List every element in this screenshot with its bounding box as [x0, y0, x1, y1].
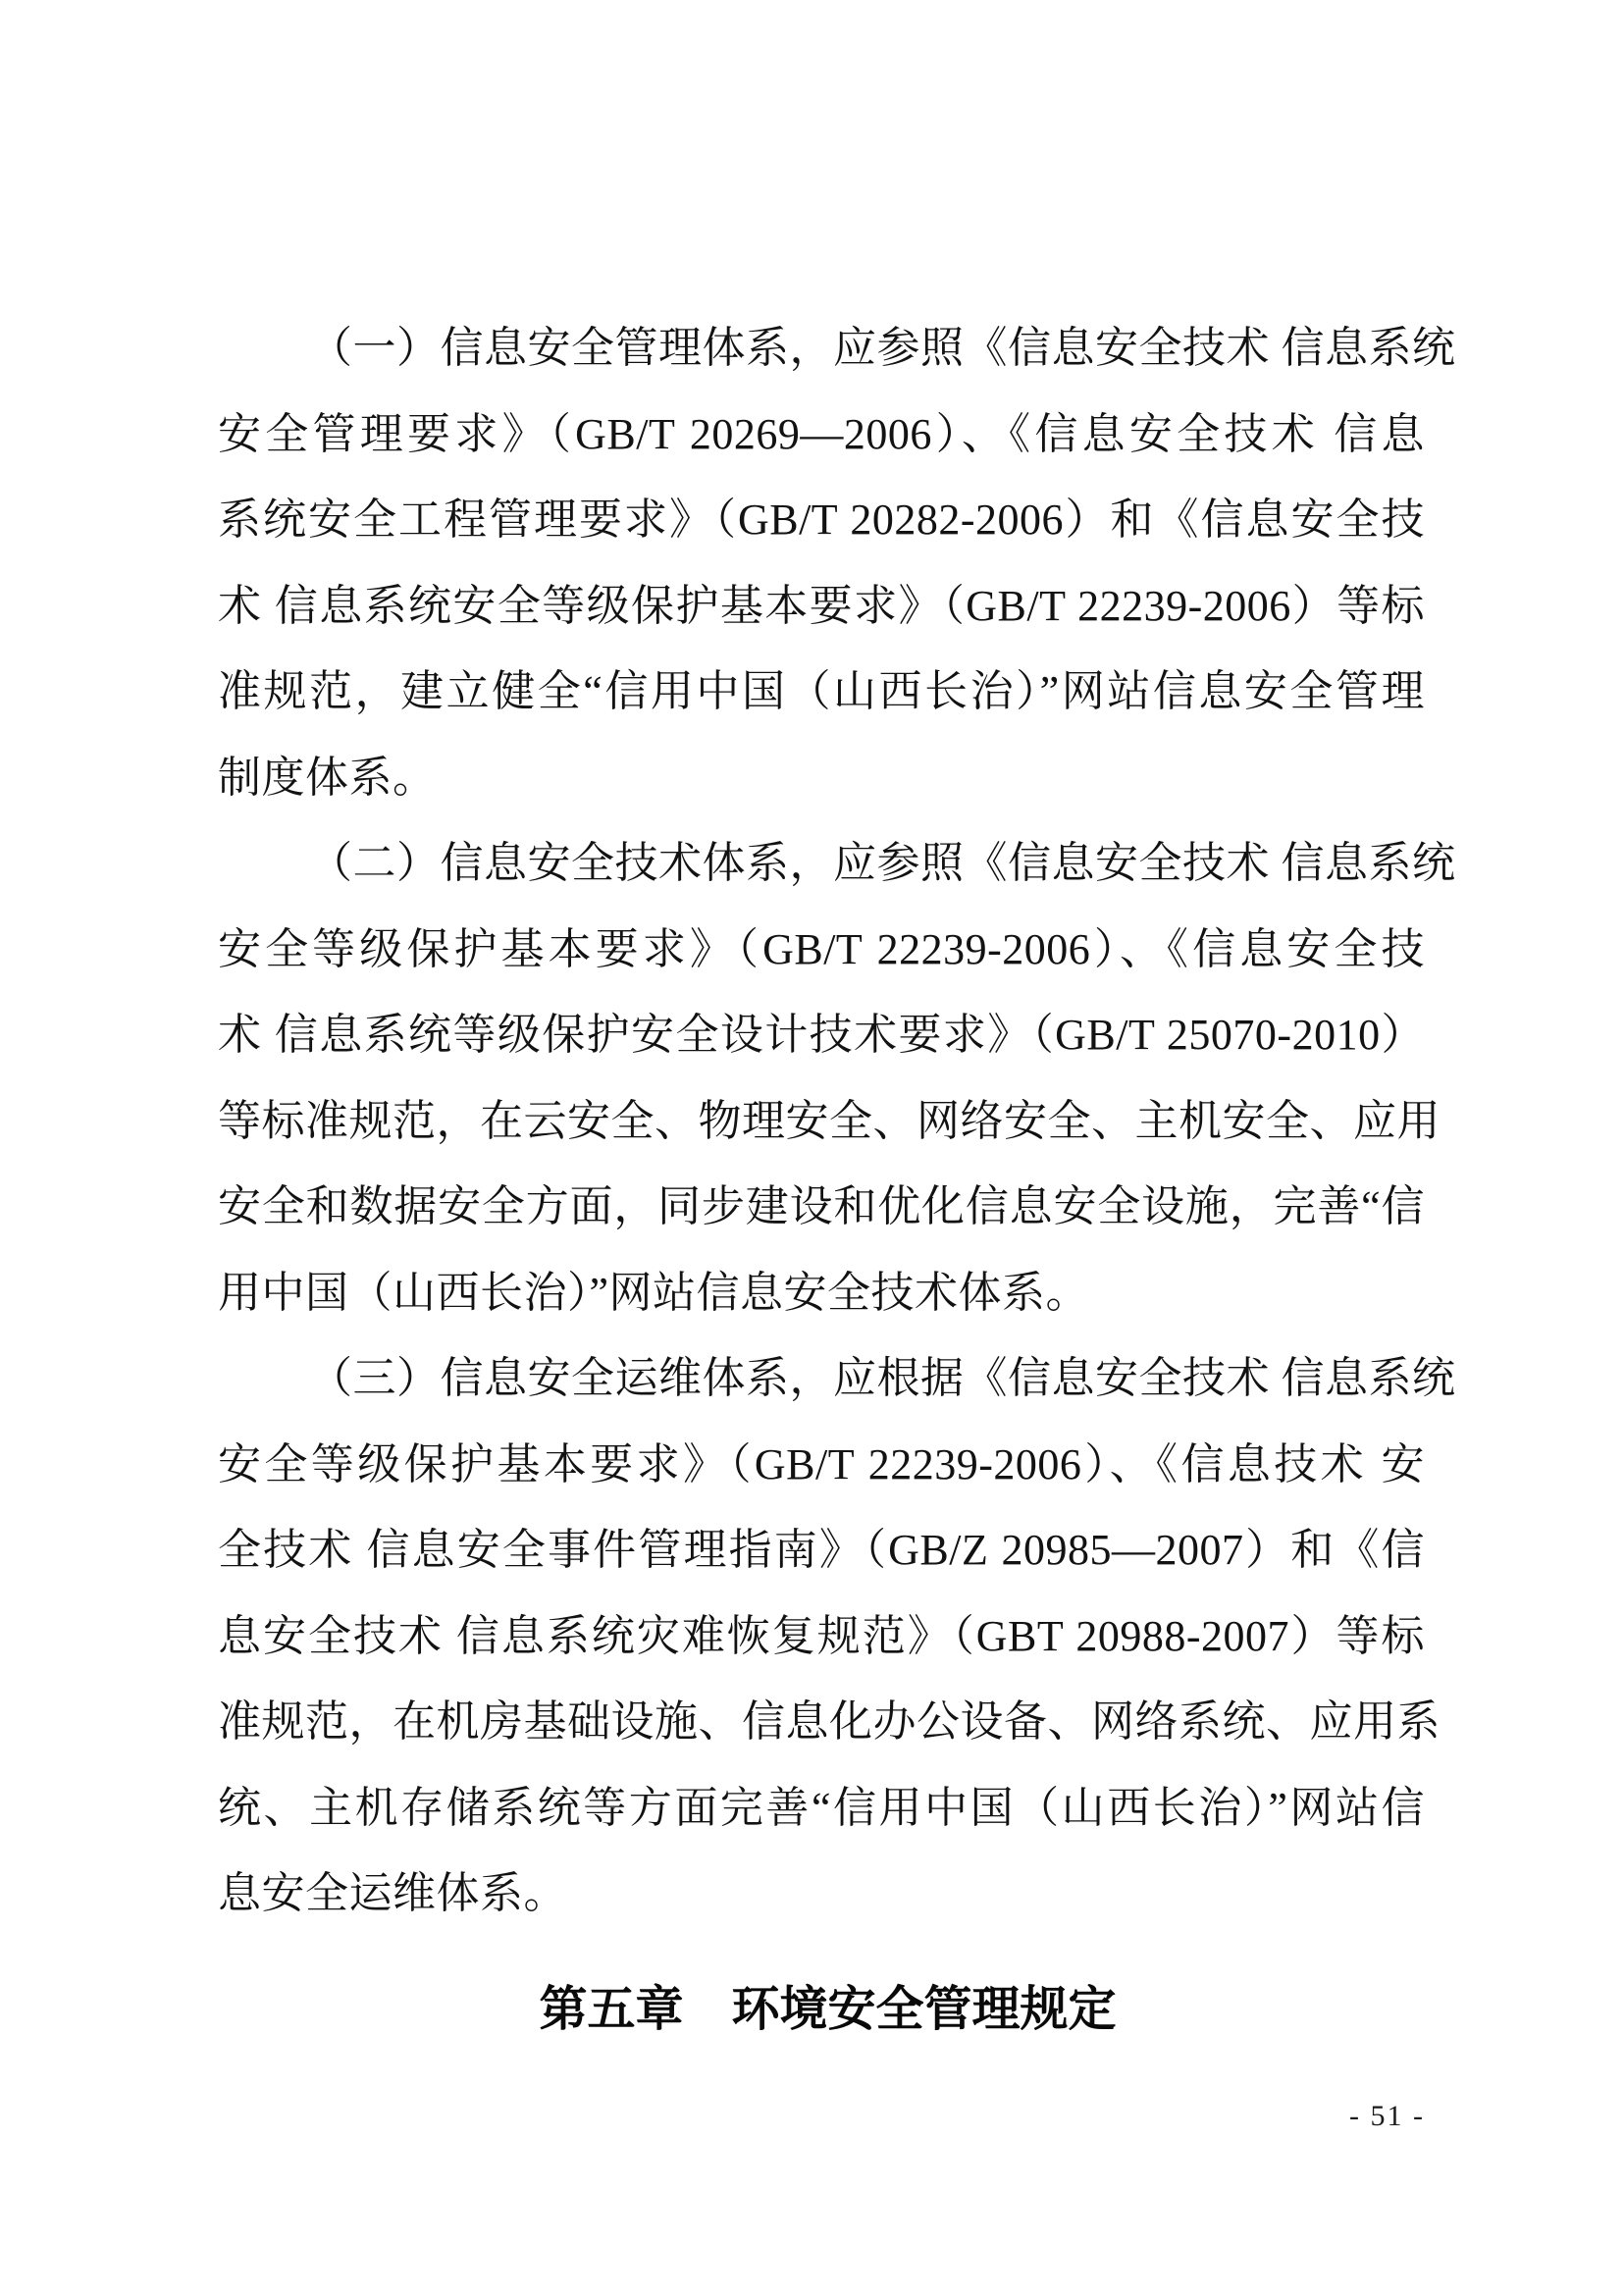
- text-line: 术 信息系统安全等级保护基本要求》（GB/T 22239-2006）等标: [218, 563, 1425, 650]
- text-line: （一）信息安全管理体系，应参照《信息安全技术 信息系统: [218, 305, 1425, 391]
- text-line: （三）信息安全运维体系，应根据《信息安全技术 信息系统: [218, 1335, 1425, 1422]
- paragraph: （一）信息安全管理体系，应参照《信息安全技术 信息系统安全管理要求》（GB/T …: [218, 305, 1425, 820]
- document-body: （一）信息安全管理体系，应参照《信息安全技术 信息系统安全管理要求》（GB/T …: [218, 305, 1425, 1937]
- paragraph: （三）信息安全运维体系，应根据《信息安全技术 信息系统安全等级保护基本要求》（G…: [218, 1335, 1425, 1937]
- text-line: 术 信息系统等级保护安全设计技术要求》（GB/T 25070-2010）: [218, 992, 1425, 1078]
- paragraph: （二）信息安全技术体系，应参照《信息安全技术 信息系统安全等级保护基本要求》（G…: [218, 820, 1425, 1335]
- text-line: 全技术 信息安全事件管理指南》（GB/Z 20985—2007）和《信: [218, 1507, 1425, 1593]
- text-line: 安全管理要求》（GB/T 20269—2006）、《信息安全技术 信息: [218, 391, 1425, 478]
- chapter-heading: 第五章 环境安全管理规定: [0, 1978, 1624, 2041]
- text-line: 准规范，在机房基础设施、信息化办公设备、网络系统、应用系: [218, 1679, 1425, 1765]
- text-line: 安全等级保护基本要求》（GB/T 22239-2006）、《信息技术 安: [218, 1422, 1425, 1508]
- text-line: 制度体系。: [218, 735, 1425, 821]
- text-line: 安全等级保护基本要求》（GB/T 22239-2006）、《信息安全技: [218, 907, 1425, 993]
- text-line: （二）信息安全技术体系，应参照《信息安全技术 信息系统: [218, 820, 1425, 907]
- text-line: 等标准规范，在云安全、物理安全、网络安全、主机安全、应用: [218, 1078, 1425, 1165]
- text-line: 安全和数据安全方面，同步建设和优化信息安全设施，完善“信: [218, 1164, 1425, 1250]
- text-line: 用中国（山西长治）”网站信息安全技术体系。: [218, 1250, 1425, 1336]
- text-line: 准规范，建立健全“信用中国（山西长治）”网站信息安全管理: [218, 649, 1425, 735]
- text-line: 息安全运维体系。: [218, 1851, 1425, 1937]
- document-page: （一）信息安全管理体系，应参照《信息安全技术 信息系统安全管理要求》（GB/T …: [0, 0, 1624, 2296]
- page-number: - 51 -: [1349, 2097, 1425, 2136]
- text-line: 系统安全工程管理要求》（GB/T 20282-2006）和《信息安全技: [218, 477, 1425, 563]
- text-line: 统、主机存储系统等方面完善“信用中国（山西长治）”网站信: [218, 1765, 1425, 1852]
- text-line: 息安全技术 信息系统灾难恢复规范》（GBT 20988-2007）等标: [218, 1593, 1425, 1680]
